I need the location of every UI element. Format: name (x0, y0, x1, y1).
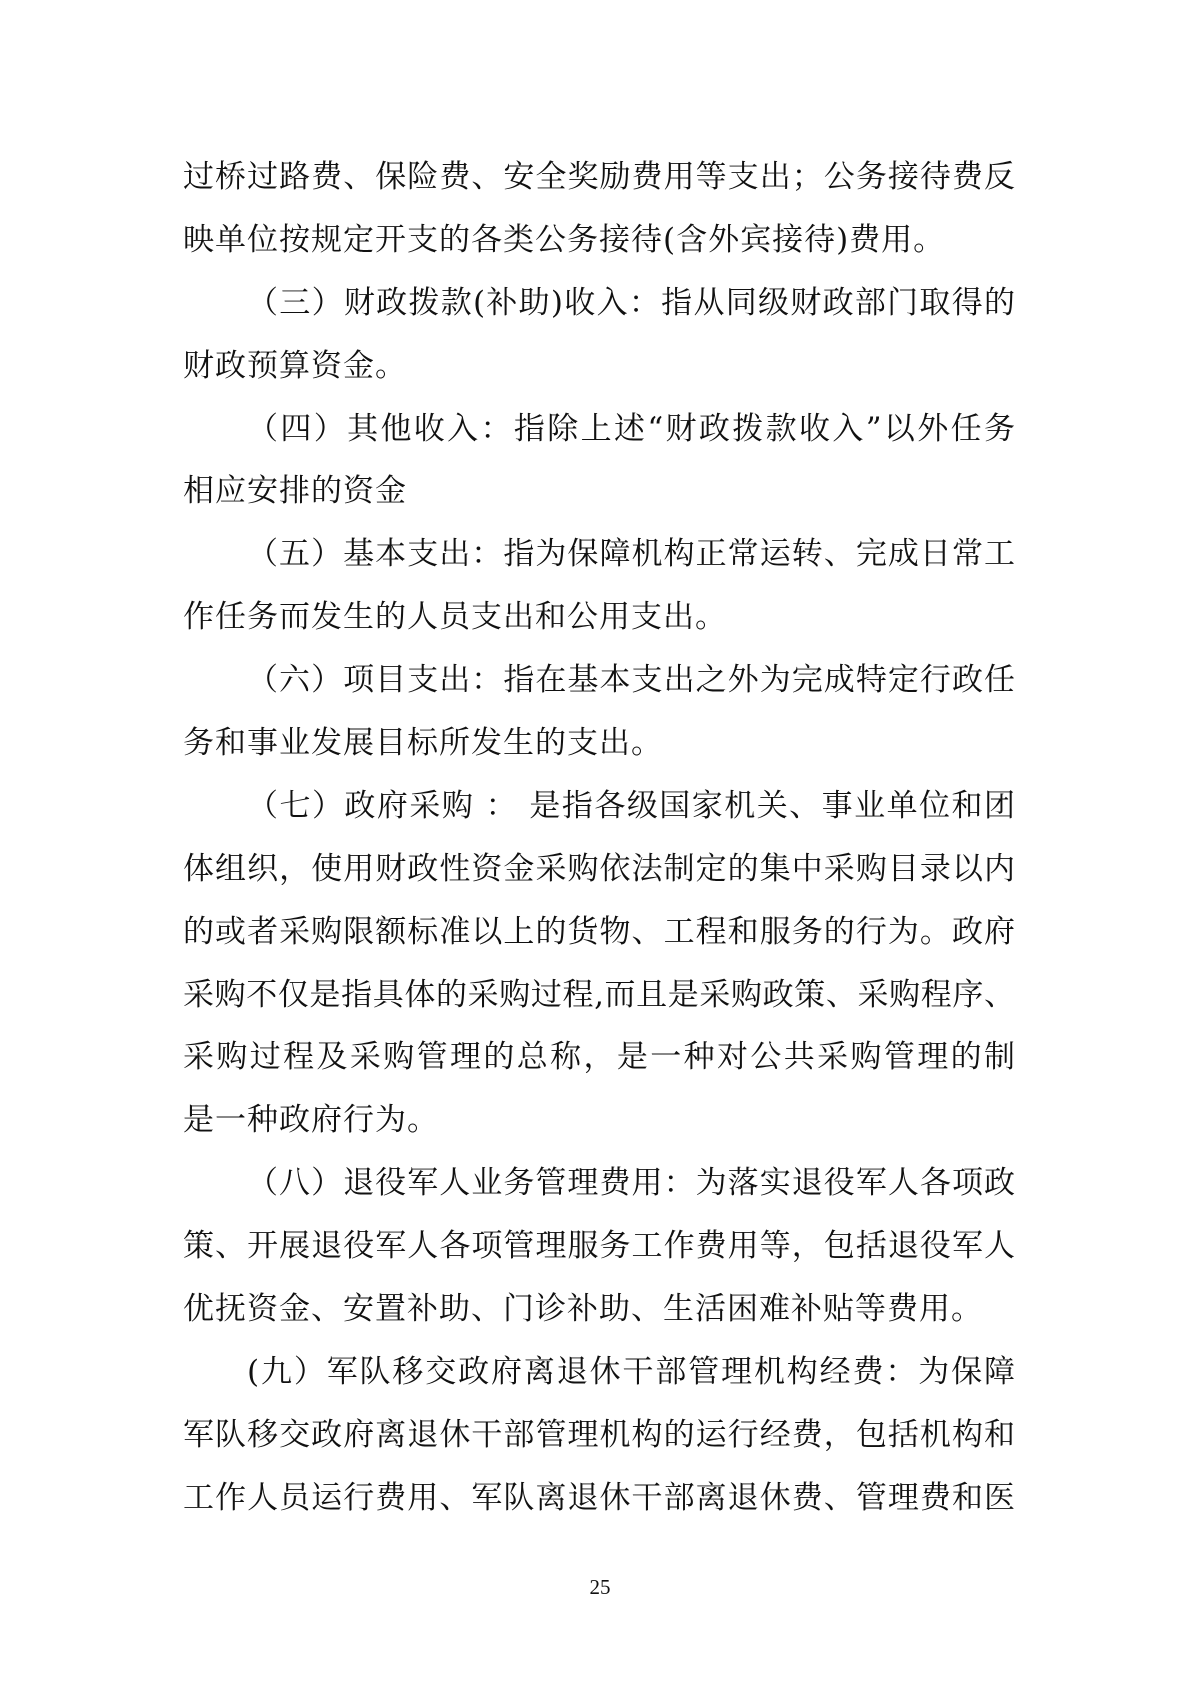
text-line: (九）军队移交政府离退休干部管理机构经费：为保障 (183, 1341, 1015, 1404)
text-line: 军队移交政府离退休干部管理机构的运行经费，包括机构和 (183, 1404, 1015, 1467)
text-line: （七）政府采购 ： 是指各级国家机关、事业单位和团 (183, 775, 1015, 838)
paragraph-fiscal-appropriation-income: （三）财政拨款(补助)收入：指从同级财政部门取得的 财政预算资金。 (183, 272, 1015, 398)
paragraph-basic-expenditure: （五）基本支出：指为保障机构正常运转、完成日常工 作任务而发生的人员支出和公用支… (183, 523, 1015, 649)
text-line: 务和事业发展目标所发生的支出。 (183, 712, 1015, 775)
text-line: 优抚资金、安置补助、门诊补助、生活困难补贴等费用。 (183, 1278, 1015, 1341)
text-line: 策、开展退役军人各项管理服务工作费用等，包括退役军人 (183, 1215, 1015, 1278)
text-line: 采购过程及采购管理的总称，是一种对公共采购管理的制度， (183, 1026, 1015, 1089)
text-line: （六）项目支出：指在基本支出之外为完成特定行政任 (183, 649, 1015, 712)
paragraph-veterans-management-fees: （八）退役军人业务管理费用：为落实退役军人各项政 策、开展退役军人各项管理服务工… (183, 1152, 1015, 1341)
text-line: 作任务而发生的人员支出和公用支出。 (183, 586, 1015, 649)
text-line: 采购不仅是指具体的采购过程,而且是采购政策、采购程序、 (183, 964, 1015, 1027)
text-line: 映单位按规定开支的各类公务接待(含外宾接待)费用。 (183, 209, 1015, 272)
text-line: 相应安排的资金 (183, 460, 1015, 523)
text-line: 体组织，使用财政性资金采购依法制定的集中采购目录以内 (183, 838, 1015, 901)
text-line: 是一种政府行为。 (183, 1089, 1015, 1152)
paragraph-other-income: （四）其他收入：指除上述“财政拨款收入”以外任务 相应安排的资金 (183, 398, 1015, 524)
paragraph-project-expenditure: （六）项目支出：指在基本支出之外为完成特定行政任 务和事业发展目标所发生的支出。 (183, 649, 1015, 775)
document-page: 过桥过路费、保险费、安全奖励费用等支出；公务接待费反 映单位按规定开支的各类公务… (0, 0, 1200, 1697)
page-number: 25 (0, 1573, 1200, 1601)
text-line: 工作人员运行费用、军队离退休干部离退休费、管理费和医 (183, 1467, 1015, 1530)
paragraph-retired-cadres-agency-funds: (九）军队移交政府离退休干部管理机构经费：为保障 军队移交政府离退休干部管理机构… (183, 1341, 1015, 1530)
text-line: 过桥过路费、保险费、安全奖励费用等支出；公务接待费反 (183, 146, 1015, 209)
text-line: 的或者采购限额标准以上的货物、工程和服务的行为。政府 (183, 901, 1015, 964)
paragraph-continuation: 过桥过路费、保险费、安全奖励费用等支出；公务接待费反 映单位按规定开支的各类公务… (183, 146, 1015, 272)
text-line: （三）财政拨款(补助)收入：指从同级财政部门取得的 (183, 272, 1015, 335)
text-line: （八）退役军人业务管理费用：为落实退役军人各项政 (183, 1152, 1015, 1215)
paragraph-government-procurement: （七）政府采购 ： 是指各级国家机关、事业单位和团 体组织，使用财政性资金采购依… (183, 775, 1015, 1152)
text-line: （五）基本支出：指为保障机构正常运转、完成日常工 (183, 523, 1015, 586)
text-line: 财政预算资金。 (183, 335, 1015, 398)
document-body: 过桥过路费、保险费、安全奖励费用等支出；公务接待费反 映单位按规定开支的各类公务… (183, 146, 1015, 1530)
text-line: （四）其他收入：指除上述“财政拨款收入”以外任务 (183, 398, 1015, 461)
